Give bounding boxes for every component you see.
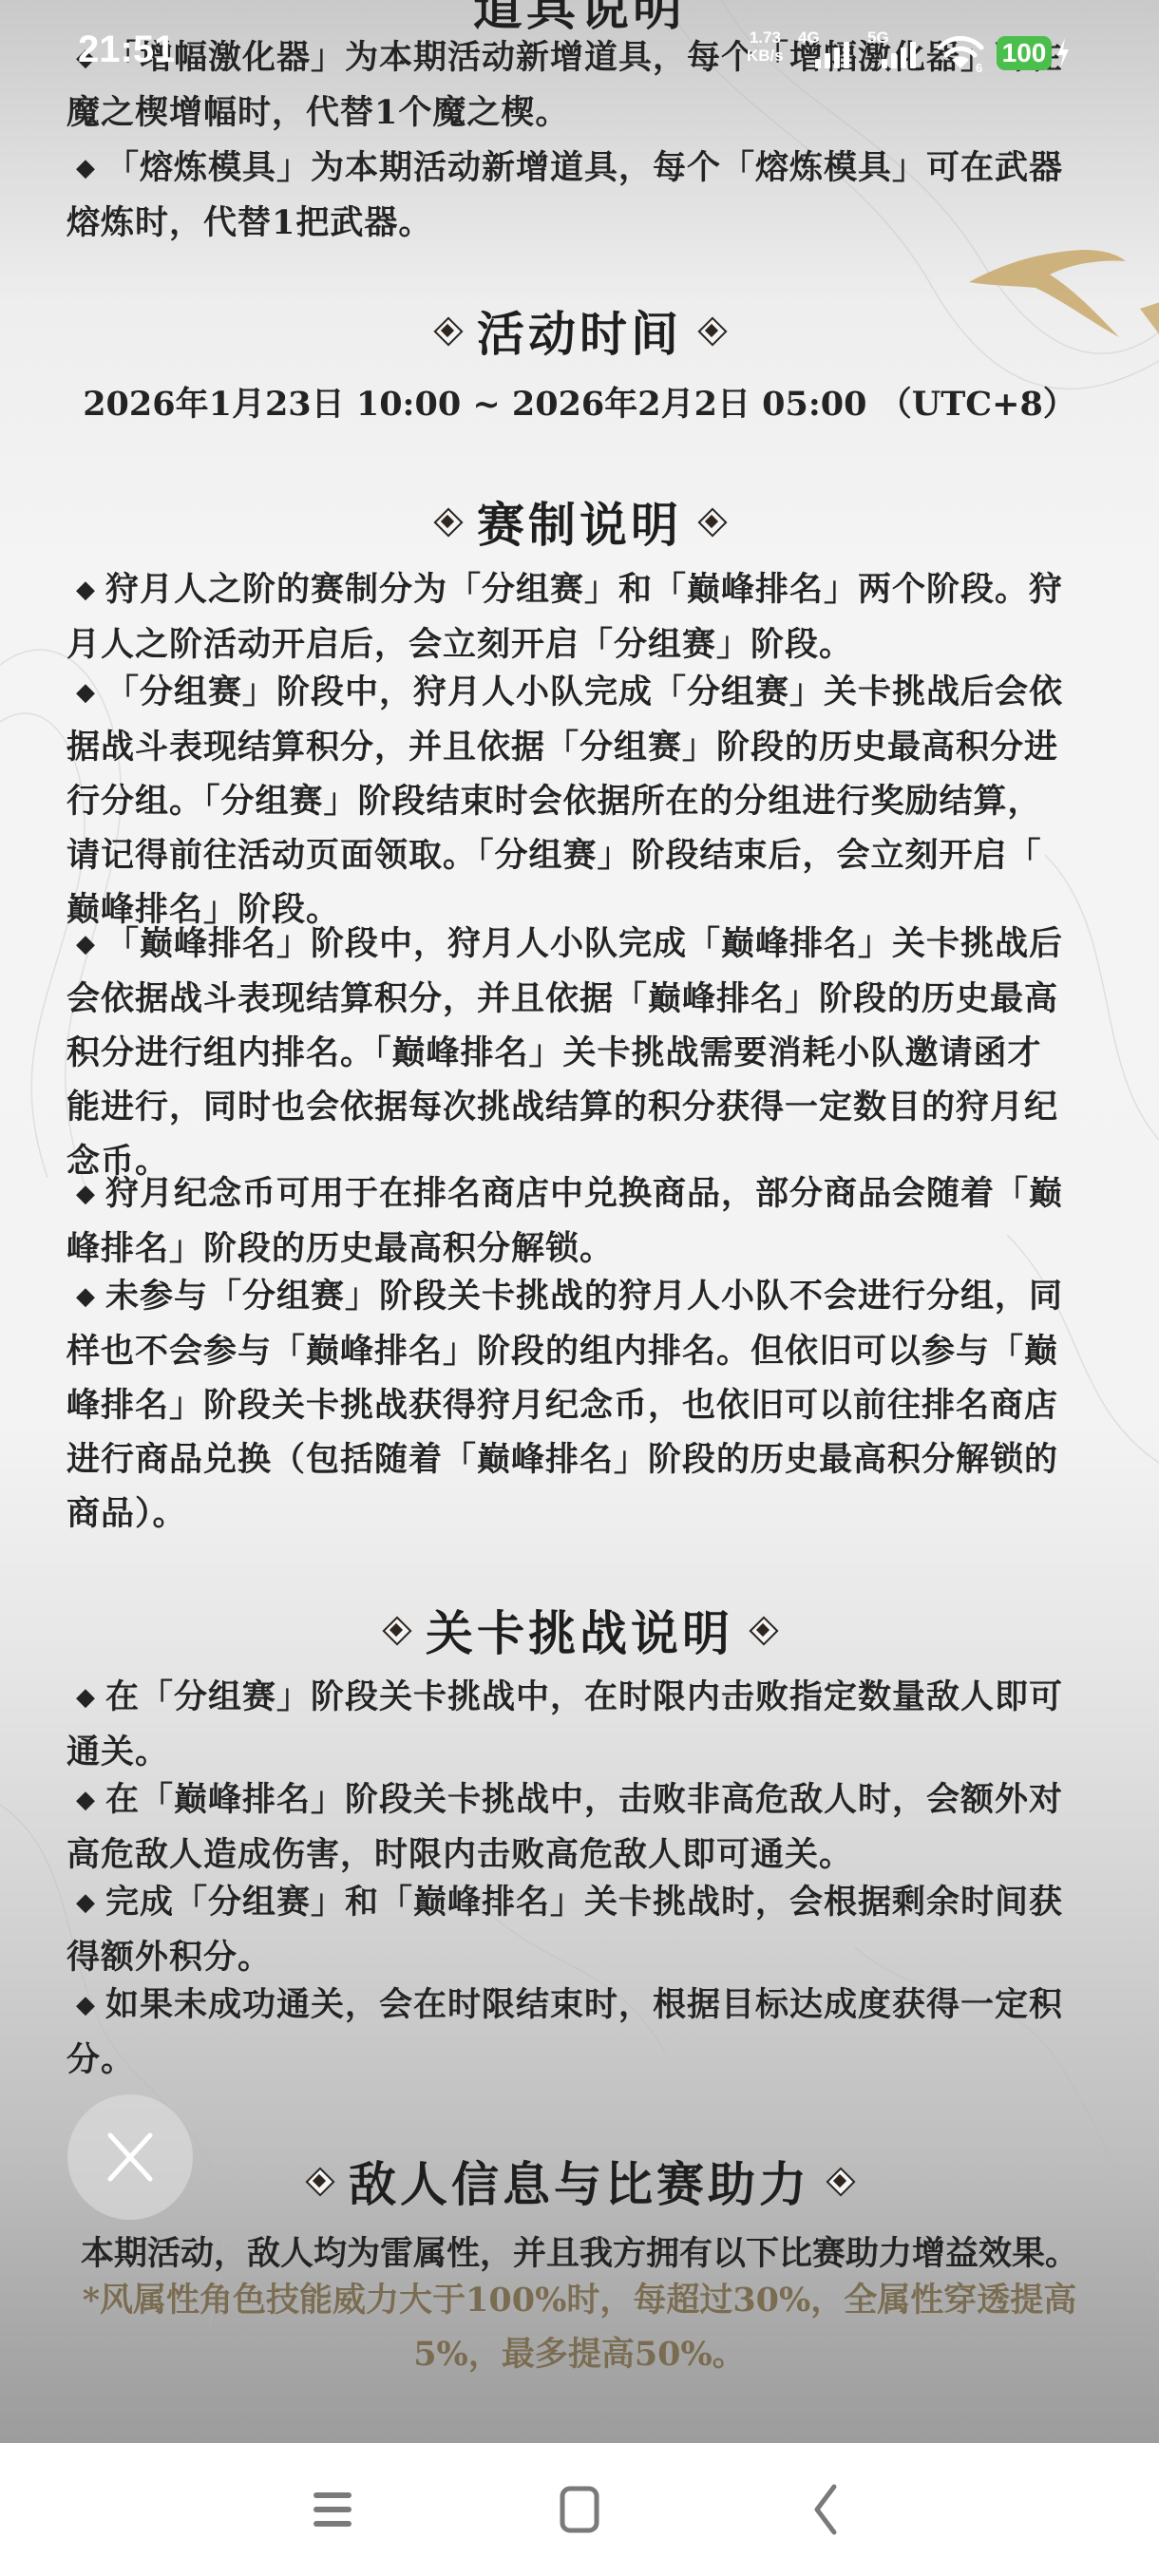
text-line: *风属性角色技能威力大于100%时，每超过30%，全属性穿透提高: [66, 2273, 1092, 2327]
rules-bullet-1: ◆狩月人之阶的赛制分为「分组赛」和「巅峰排名」两个阶段。狩 月人之阶活动开启后，…: [66, 562, 1092, 672]
bullet-icon: ◆: [76, 142, 96, 196]
rules-bullet-3: ◆「巅峰排名」阶段中，狩月人小队完成「巅峰排名」关卡挑战后 会依据战斗表现结算积…: [66, 917, 1092, 1188]
items-bullet-2: ◆「熔炼模具」为本期活动新增道具，每个「熔炼模具」可在武器 熔炼时，代替1把武器…: [66, 141, 1092, 250]
square-icon: [551, 2481, 608, 2538]
text-line: 5%，最多提高50%。: [66, 2327, 1092, 2381]
stage-bullet-3: ◆完成「分组赛」和「巅峰排名」关卡挑战时，会根据剩余时间获 得额外积分。: [66, 1875, 1092, 1984]
text-line: 「熔炼模具」为本期活动新增道具，每个「熔炼模具」可在武器: [105, 148, 1063, 187]
navigation-bar: [0, 2443, 1159, 2576]
bullet-icon: ◆: [76, 1876, 96, 1930]
diamond-icon: [750, 1618, 775, 1642]
text-line: 通关。: [66, 1725, 1092, 1779]
text-line: 能进行，同时也会依据每次挑战结算的积分获得一定数目的狩月纪: [66, 1080, 1092, 1134]
text-line: 据战斗表现结算积分，并且依据「分组赛」阶段的历史最高积分进: [66, 720, 1092, 774]
diamond-icon: [307, 2169, 332, 2193]
text-line: 「分组赛」阶段中，狩月人小队完成「分组赛」关卡挑战后会依: [105, 672, 1063, 711]
diamond-icon: [699, 509, 724, 534]
stage-bullet-1: ◆在「分组赛」阶段关卡挑战中，在时限内击败指定数量敌人即可 通关。: [66, 1670, 1092, 1779]
text-line: 未参与「分组赛」阶段关卡挑战的狩月人小队不会进行分组，同: [105, 1277, 1063, 1316]
bullet-icon: ◆: [76, 31, 96, 85]
rules-bullet-2: ◆「分组赛」阶段中，狩月人小队完成「分组赛」关卡挑战后会依 据战斗表现结算积分，…: [66, 665, 1092, 937]
text-line: 商品）。: [66, 1487, 1092, 1541]
rules-bullet-4: ◆狩月纪念币可用于在排名商店中兑换商品，部分商品会随着「巅 峰排名」阶段的历史最…: [66, 1166, 1092, 1276]
diamond-icon: [384, 1618, 408, 1642]
text-line: 高危敌人造成伤害，时限内击败高危敌人即可通关。: [66, 1828, 1092, 1882]
diamond-icon: [699, 318, 724, 343]
section-title-text: 敌人信息与比赛助力: [349, 2147, 810, 2215]
event-time-heading: 活动时间: [0, 296, 1159, 365]
back-button[interactable]: [796, 2481, 853, 2538]
stage-heading: 关卡挑战说明: [0, 1596, 1159, 1664]
text-line: 样也不会参与「巅峰排名」阶段的组内排名。但依旧可以参与「巅: [66, 1324, 1092, 1378]
bullet-icon: ◆: [76, 1773, 96, 1828]
bullet-icon: ◆: [76, 1270, 96, 1324]
bullet-icon: ◆: [76, 918, 96, 972]
text-line: 魔之楔增幅时，代替1个魔之楔。: [66, 85, 1092, 140]
text-line: 得额外积分。: [66, 1930, 1092, 1984]
event-time-value: 2026年1月23日 10:00 ~ 2026年2月2日 05:00 （UTC+…: [0, 378, 1159, 426]
close-button[interactable]: [67, 2094, 193, 2220]
text-line: 峰排名」阶段的历史最高积分解锁。: [66, 1222, 1092, 1276]
rules-heading: 赛制说明: [0, 487, 1159, 556]
text-line: 积分进行组内排名。「巅峰排名」关卡挑战需要消耗小队邀请函才: [66, 1026, 1092, 1080]
bullet-icon: ◆: [76, 563, 96, 617]
announcement-page[interactable]: 道具说明 ◆「增幅激化器」为本期活动新增道具，每个「增幅激化器」可在 魔之楔增幅…: [0, 0, 1159, 2443]
enemy-intro: 本期活动，敌人均为雷属性，并且我方拥有以下比赛助力增益效果。: [0, 2227, 1159, 2275]
text-line: 行分组。「分组赛」阶段结束时会依据所在的分组进行奖励结算，: [66, 774, 1092, 828]
text-line: 熔炼时，代替1把武器。: [66, 196, 1092, 250]
bullet-icon: ◆: [76, 1979, 96, 2033]
stage-bullet-4: ◆如果未成功通关，会在时限结束时，根据目标达成度获得一定积 分。: [66, 1978, 1092, 2087]
text-line: 请记得前往活动页面领取。「分组赛」阶段结束后，会立刻开启「: [66, 828, 1092, 882]
items-bullet-1: ◆「增幅激化器」为本期活动新增道具，每个「增幅激化器」可在 魔之楔增幅时，代替1…: [66, 30, 1092, 140]
section-title-text: 活动时间: [477, 296, 682, 365]
menu-icon: [304, 2481, 361, 2538]
close-icon: [103, 2130, 158, 2185]
diamond-icon: [435, 509, 460, 534]
bullet-icon: ◆: [76, 666, 96, 720]
text-line: 狩月纪念币可用于在排名商店中兑换商品，部分商品会随着「巅: [105, 1174, 1063, 1213]
text-line: 「增幅激化器」为本期活动新增道具，每个「增幅激化器」可在: [105, 38, 1063, 77]
text-line: 「巅峰排名」阶段中，狩月人小队完成「巅峰排名」关卡挑战后: [105, 924, 1063, 963]
text-line: 会依据战斗表现结算积分，并且依据「巅峰排名」阶段的历史最高: [66, 972, 1092, 1026]
text-line: 分。: [66, 2033, 1092, 2087]
stage-bullet-2: ◆在「巅峰排名」阶段关卡挑战中，击败非高危敌人时，会额外对 高危敌人造成伤害，时…: [66, 1772, 1092, 1882]
text-line: 在「巅峰排名」阶段关卡挑战中，击败非高危敌人时，会额外对: [105, 1780, 1063, 1819]
text-line: 完成「分组赛」和「巅峰排名」关卡挑战时，会根据剩余时间获: [105, 1883, 1063, 1922]
section-title-text: 赛制说明: [477, 487, 682, 556]
rules-bullet-5: ◆未参与「分组赛」阶段关卡挑战的狩月人小队不会进行分组，同 样也不会参与「巅峰排…: [66, 1269, 1092, 1541]
chevron-left-icon: [796, 2481, 853, 2538]
text-line: 月人之阶活动开启后，会立刻开启「分组赛」阶段。: [66, 617, 1092, 672]
text-line: 如果未成功通关，会在时限结束时，根据目标达成度获得一定积: [105, 1985, 1063, 2024]
diamond-icon: [827, 2169, 852, 2193]
text-line: 进行商品兑换（包括随着「巅峰排名」阶段的历史最高积分解锁的: [66, 1432, 1092, 1487]
text-line: 峰排名」阶段关卡挑战获得狩月纪念币，也依旧可以前往排名商店: [66, 1378, 1092, 1432]
text-line: 狩月人之阶的赛制分为「分组赛」和「巅峰排名」两个阶段。狩: [105, 570, 1063, 609]
buff-note: *风属性角色技能威力大于100%时，每超过30%，全属性穿透提高 5%，最多提高…: [66, 2273, 1092, 2381]
home-button[interactable]: [551, 2481, 608, 2538]
section-title-text: 关卡挑战说明: [426, 1596, 733, 1664]
recent-apps-button[interactable]: [304, 2481, 361, 2538]
bullet-icon: ◆: [76, 1671, 96, 1725]
text-line: 在「分组赛」阶段关卡挑战中，在时限内击败指定数量敌人即可: [105, 1677, 1063, 1716]
bullet-icon: ◆: [76, 1167, 96, 1222]
diamond-icon: [435, 318, 460, 343]
